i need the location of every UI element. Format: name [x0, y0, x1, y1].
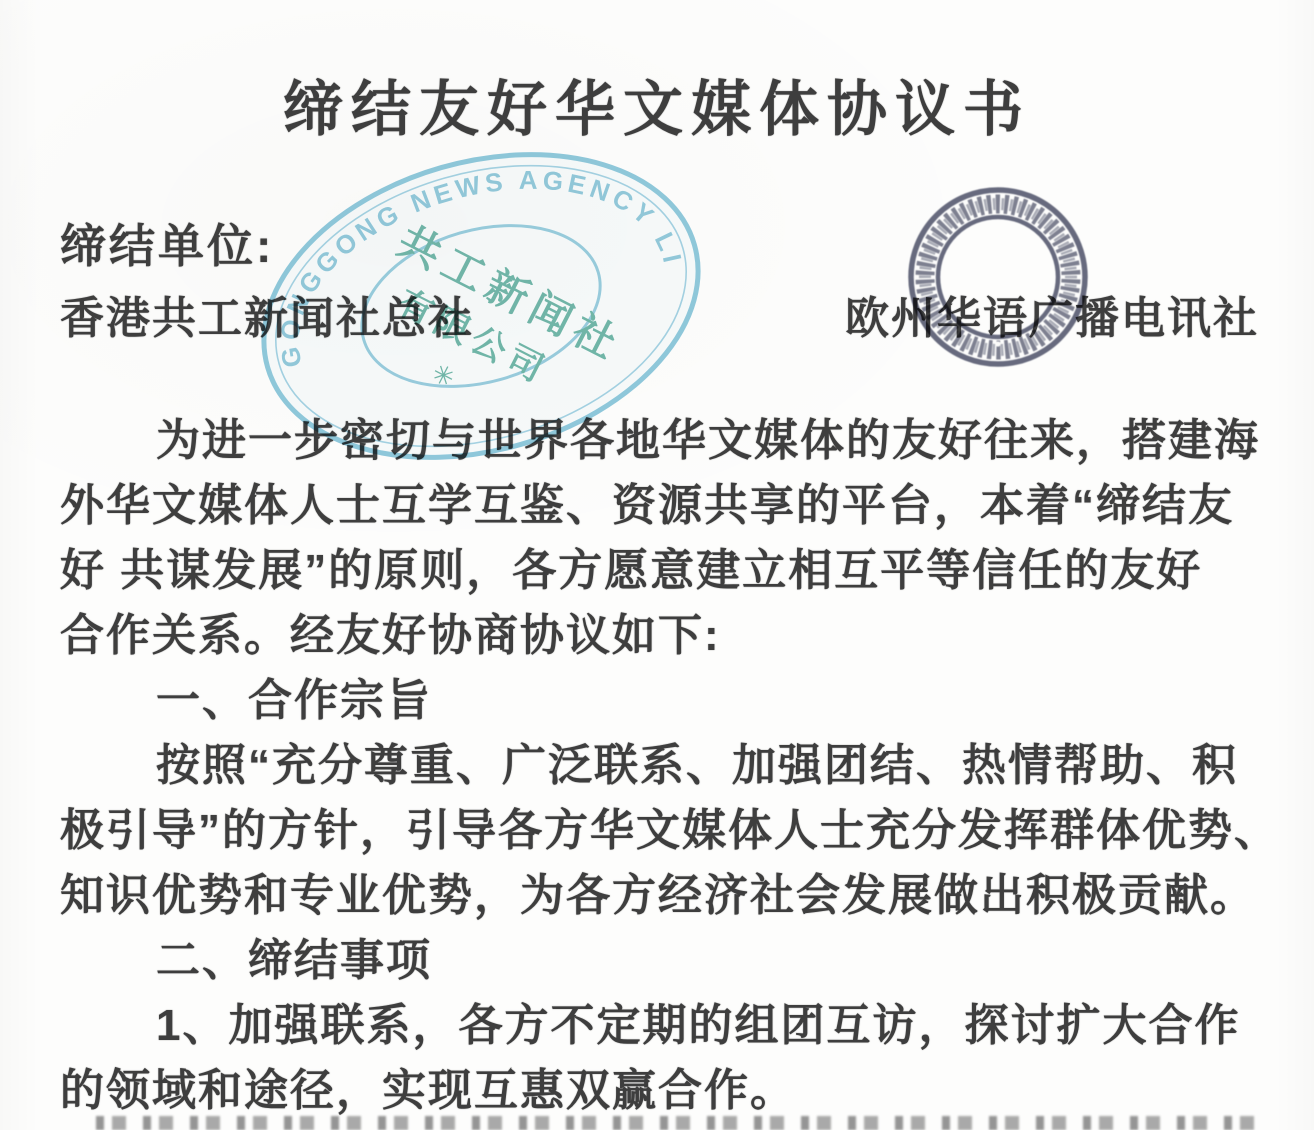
- body-line: 为进一步密切与世界各地华文媒体的友好往来，搭建海: [60, 408, 1266, 473]
- section-heading-1: 一、合作宗旨: [60, 668, 1266, 733]
- scanned-agreement-page: 缔结友好华文媒体协议书 缔结单位: 香港共工新闻社总社 欧州华语广播电讯社 为进…: [0, 0, 1314, 1130]
- body-line: 按照“充分尊重、广泛联系、加强团结、热情帮助、积: [60, 733, 1266, 798]
- body-line: 知识优势和专业优势，为各方经济社会发展做出积极贡献。: [60, 863, 1266, 928]
- document-title: 缔结友好华文媒体协议书: [0, 62, 1314, 148]
- party-name-right: 欧州华语广播电讯社: [845, 282, 1259, 346]
- cut-off-text-row: [96, 1116, 1266, 1130]
- body-line: 1、加强联系，各方不定期的组团互访，探讨扩大合作: [60, 993, 1266, 1058]
- body-line: 合作关系。经友好协商协议如下:: [60, 603, 1266, 668]
- party-name-left: 香港共工新闻社总社: [60, 282, 474, 346]
- agreement-body: 为进一步密切与世界各地华文媒体的友好往来，搭建海 外华文媒体人士互学互鉴、资源共…: [60, 408, 1266, 1123]
- stamp-star-icon: ✳: [427, 357, 460, 394]
- parties-label: 缔结单位:: [60, 210, 274, 276]
- body-line: 的领域和途径，实现互惠双赢合作。: [60, 1058, 1266, 1123]
- section-heading-2: 二、缔结事项: [60, 928, 1266, 993]
- body-line: 好 共谋发展”的原则，各方愿意建立相互平等信任的友好: [60, 538, 1266, 603]
- body-line: 外华文媒体人士互学互鉴、资源共享的平台，本着“缔结友: [60, 473, 1266, 538]
- body-line: 极引导”的方针，引导各方华文媒体人士充分发挥群体优势、: [60, 798, 1266, 863]
